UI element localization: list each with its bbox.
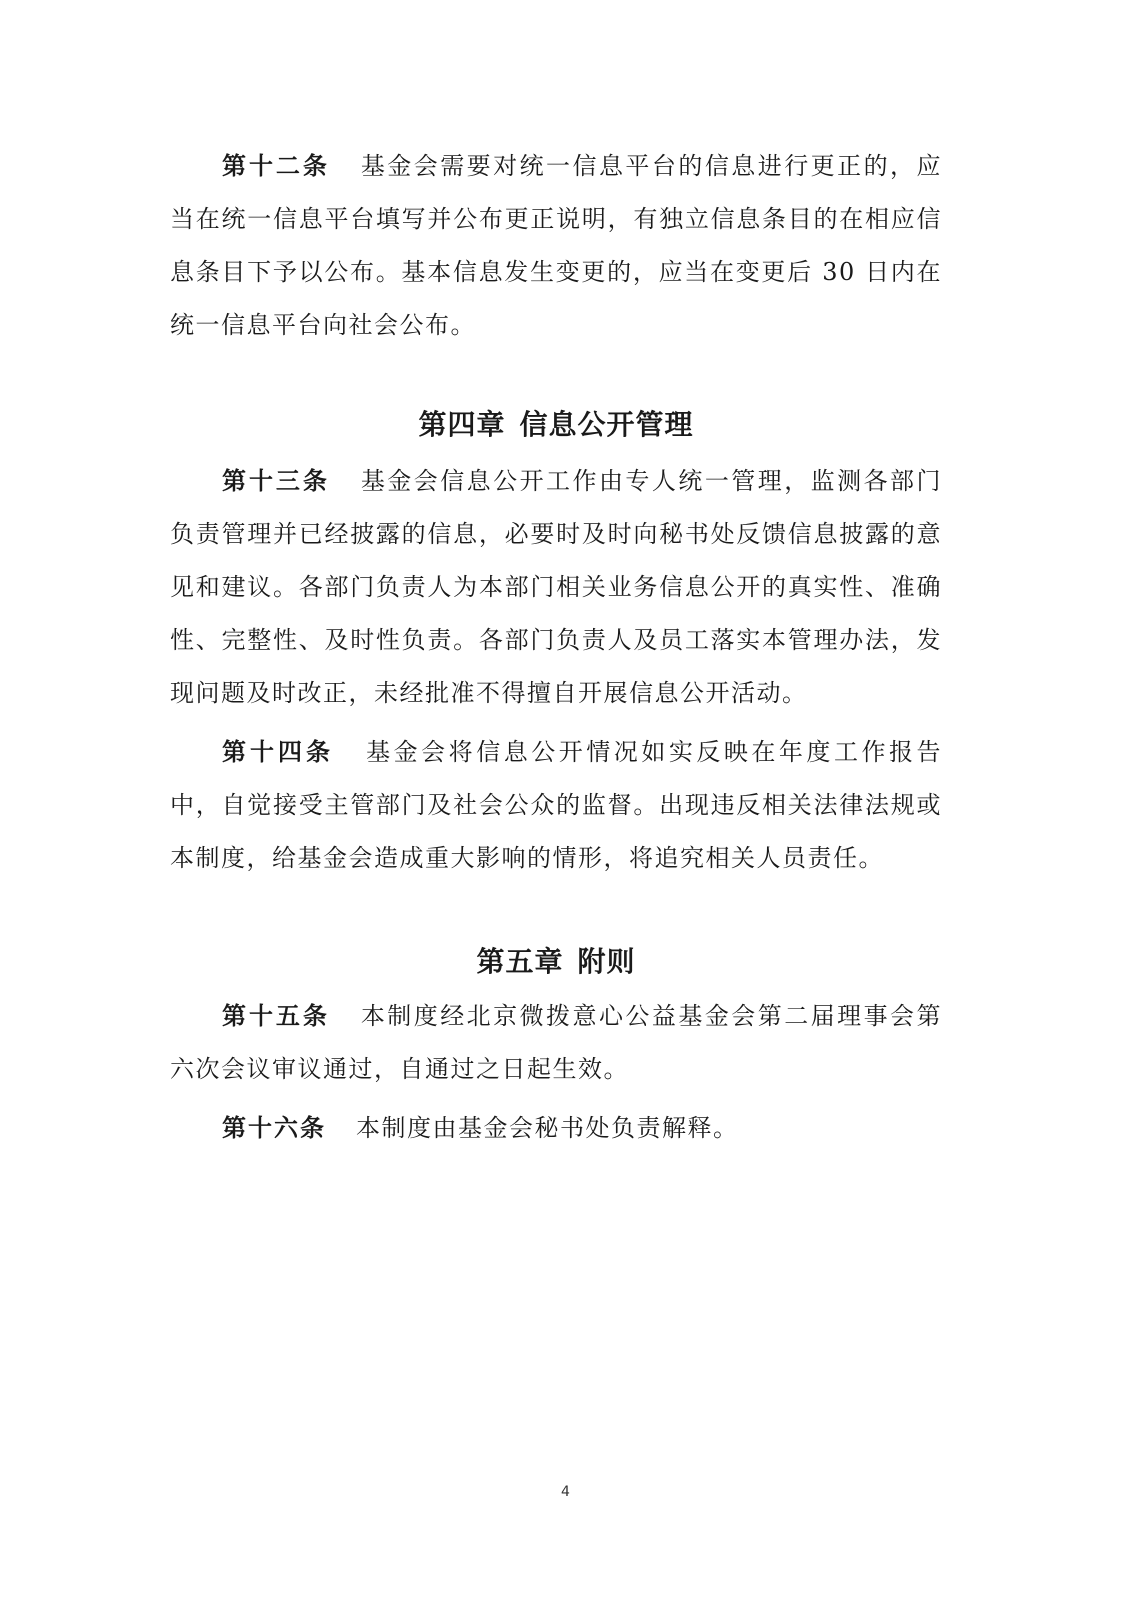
article-text: 本制度由基金会秘书处负责解释。 [356, 1114, 739, 1142]
article-15: 第十五条本制度经北京微拨意心公益基金会第二届理事会第六次会议审议通过，自通过之日… [170, 990, 942, 1096]
article-16: 第十六条本制度由基金会秘书处负责解释。 [170, 1102, 942, 1155]
article-number: 第十三条 [222, 467, 330, 495]
article-text: 基金会需要对统一信息平台的信息进行更正的，应当在统一信息平台填写并公布更正说明，… [170, 152, 942, 339]
article-number: 第十五条 [222, 1002, 330, 1030]
page-number: 4 [0, 1484, 1131, 1500]
article-13: 第十三条基金会信息公开工作由专人统一管理，监测各部门负责管理并已经披露的信息，必… [170, 455, 942, 720]
article-14: 第十四条基金会将信息公开情况如实反映在年度工作报告中，自觉接受主管部门及社会公众… [170, 726, 942, 885]
chapter-number: 第四章 [418, 408, 505, 441]
chapter-heading-5: 第五章附则 [170, 935, 942, 988]
chapter-title: 信息公开管理 [520, 408, 694, 441]
document-page: 第十二条基金会需要对统一信息平台的信息进行更正的，应当在统一信息平台填写并公布更… [0, 0, 1131, 1600]
article-number: 第十六条 [222, 1114, 326, 1142]
page-content: 第十二条基金会需要对统一信息平台的信息进行更正的，应当在统一信息平台填写并公布更… [170, 140, 942, 1155]
chapter-title: 附则 [578, 945, 636, 978]
chapter-number: 第五章 [476, 945, 563, 978]
article-number: 第十二条 [222, 152, 330, 180]
article-text: 基金会信息公开工作由专人统一管理，监测各部门负责管理并已经披露的信息，必要时及时… [170, 467, 942, 707]
article-12: 第十二条基金会需要对统一信息平台的信息进行更正的，应当在统一信息平台填写并公布更… [170, 140, 942, 352]
article-number: 第十四条 [222, 738, 334, 766]
chapter-heading-4: 第四章信息公开管理 [170, 398, 942, 451]
